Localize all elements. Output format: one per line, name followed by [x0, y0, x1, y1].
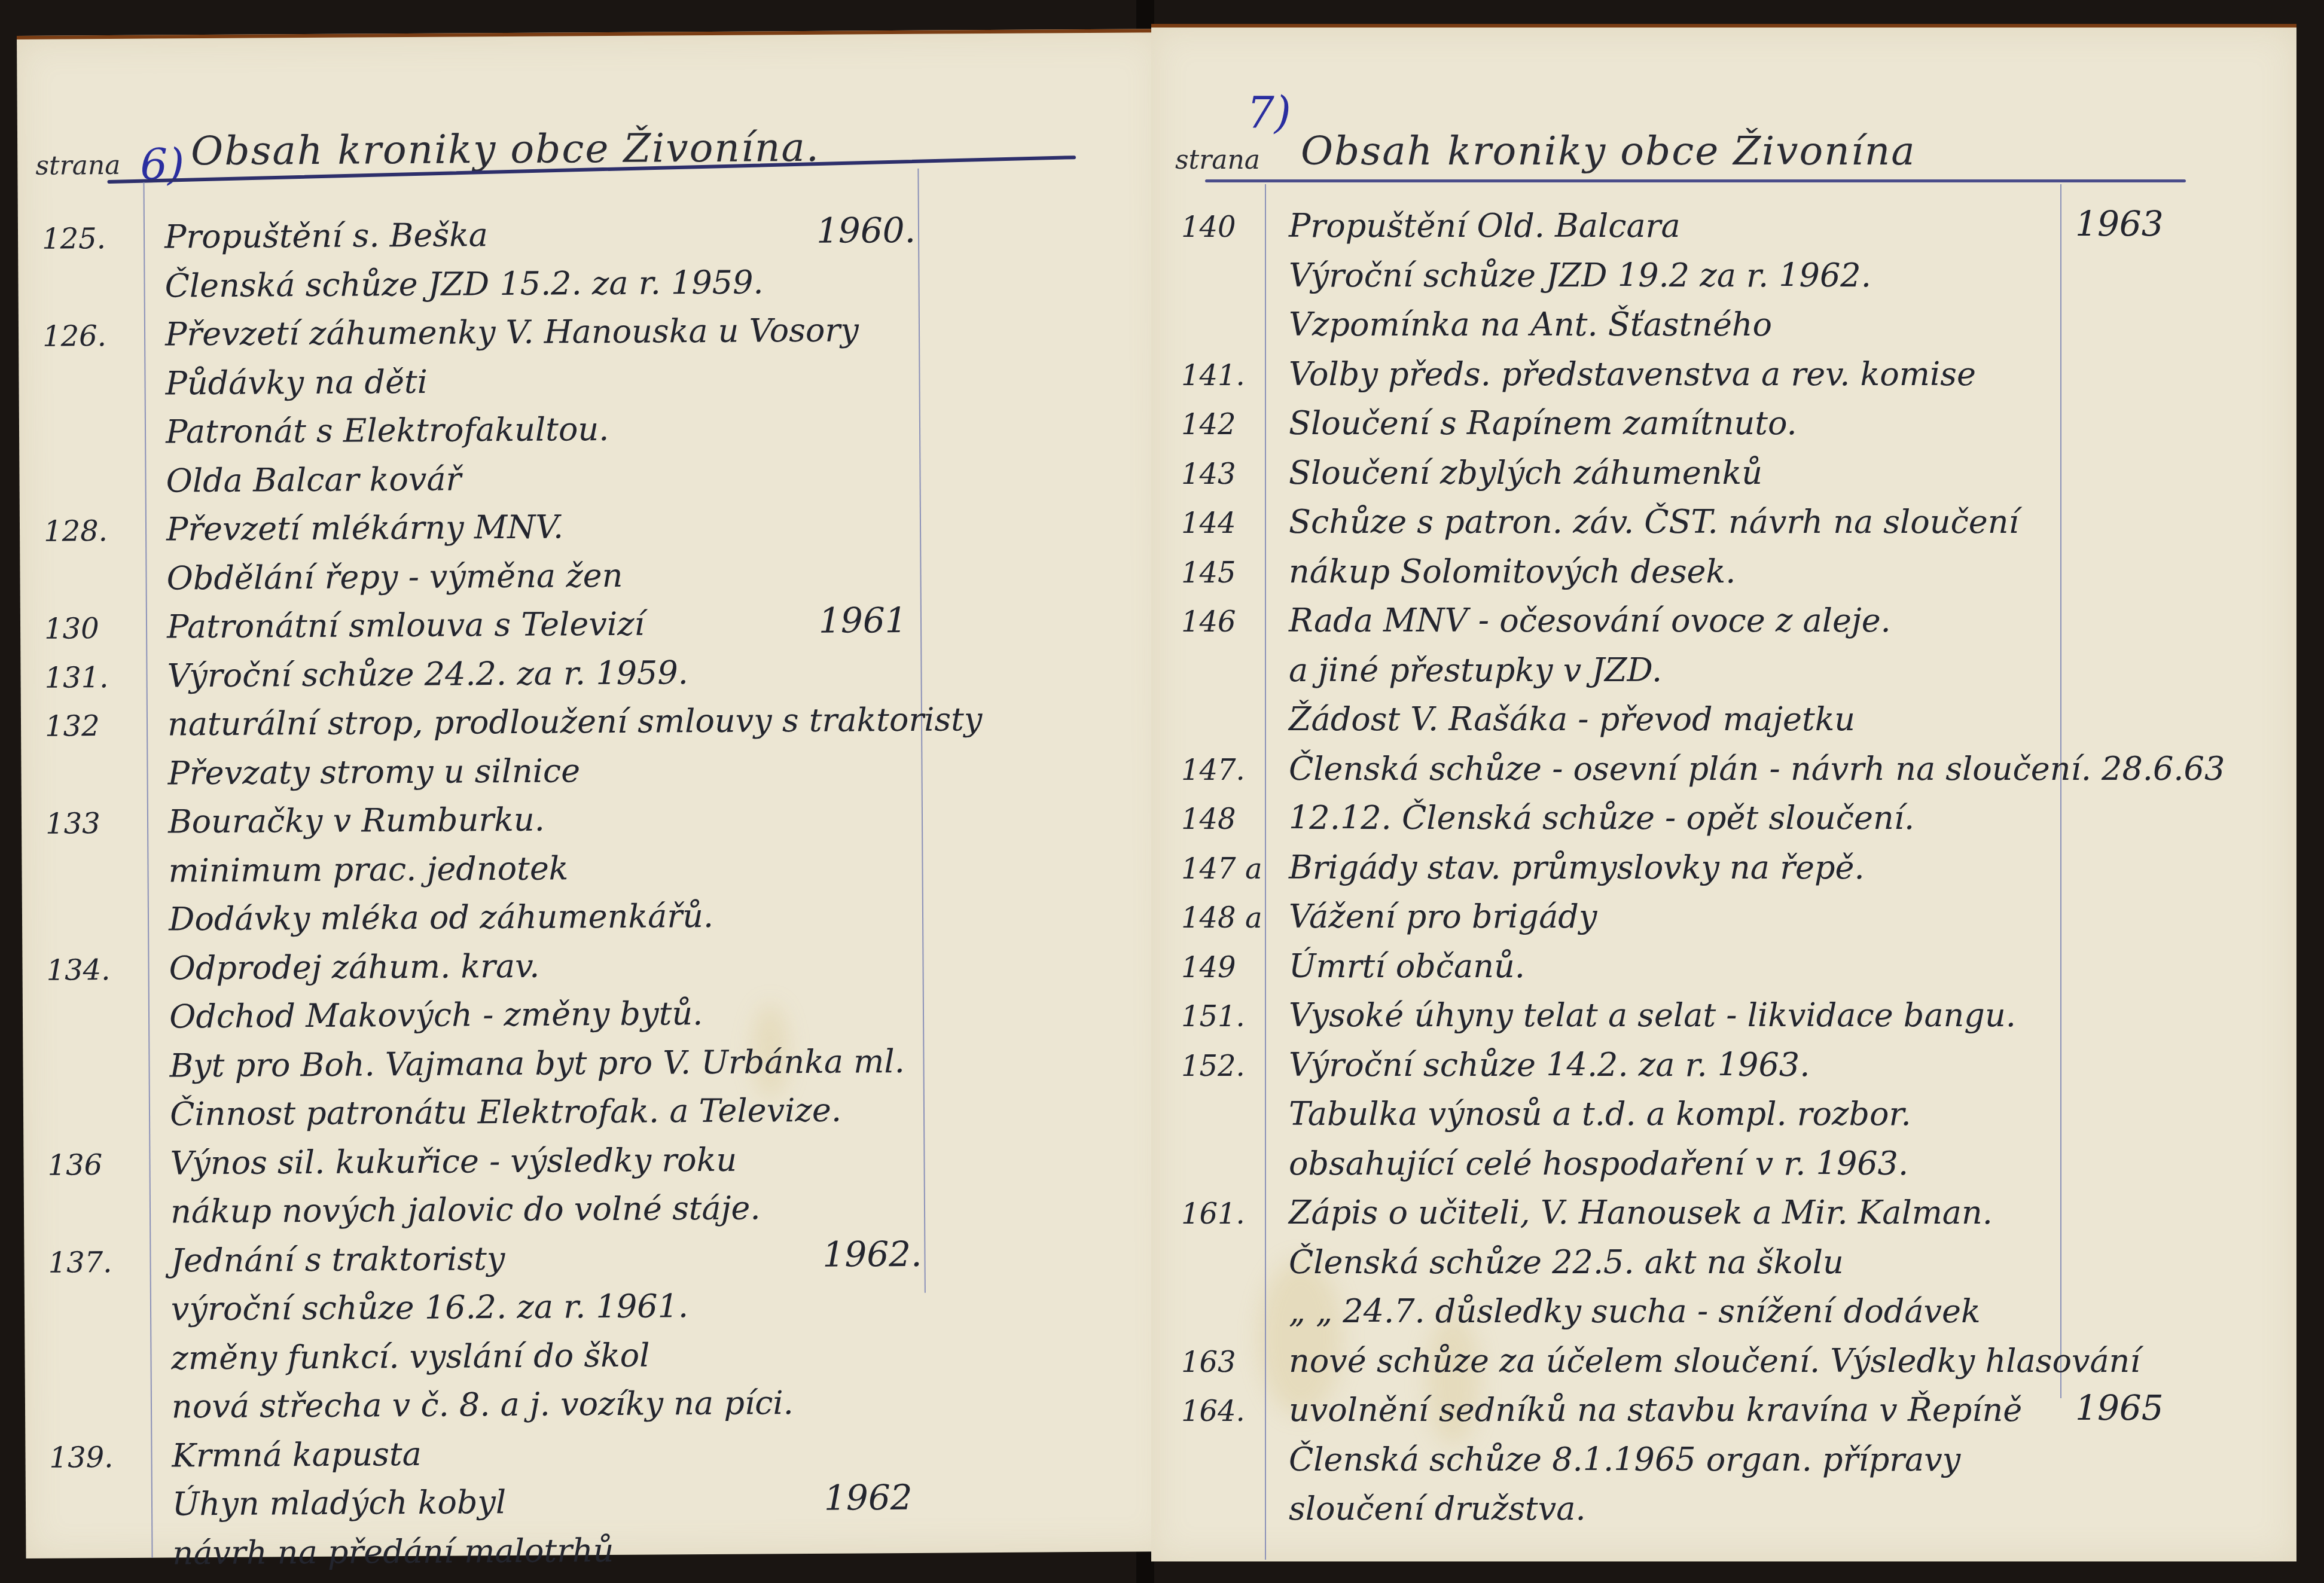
entry-text: uvolnění sedníků na stavbu kravína v Řep… [1289, 1391, 2022, 1429]
page-reference-number: 136 [47, 1148, 102, 1182]
entry-row: Členská schůze 22.5. akt na školu [1151, 1243, 2296, 1291]
entry-row: Činnost patronátu Elektrofak. a Televize… [23, 1089, 1169, 1144]
page-number-mark: 7) [1247, 87, 1291, 138]
entry-year: 1961 [819, 600, 907, 641]
entry-row: 151.Vysoké úhyny telat a selat - likvida… [1151, 996, 2296, 1044]
entry-text: 12.12. Členská schůze - opět sloučení. [1289, 799, 1914, 837]
page-reference-number: 139. [49, 1441, 113, 1475]
entry-text: Členská schůze 22.5. akt na školu [1289, 1243, 1844, 1281]
entry-text: výroční schůze 16.2. za r. 1961. [171, 1287, 688, 1328]
left-page: 6) strana Obsah kroniky obce Živonína. 1… [17, 29, 1172, 1558]
page-reference-number: 141. [1181, 359, 1245, 392]
entry-row: a jiné přestupky v JZD. [1151, 651, 2296, 699]
entry-row: „ „ 24.7. důsledky sucha - snížení dodáv… [1151, 1292, 2296, 1340]
entry-row: 163nové schůze za účelem sloučení. Výsle… [1151, 1342, 2296, 1390]
entry-text: Úmrtí občanů. [1289, 947, 1525, 985]
page-reference-number: 146 [1181, 605, 1236, 639]
entry-text: Výroční schůze 14.2. za r. 1963. [1289, 1046, 1810, 1084]
page-reference-number: 143 [1181, 457, 1236, 491]
entry-row: 137.Jednání s traktoristy1962. [24, 1236, 1169, 1291]
entry-row: Byt pro Boh. Vajmana byt pro V. Urbánka … [23, 1041, 1168, 1096]
page-reference-number: 132 [45, 709, 100, 743]
entry-text: Zápis o učiteli, V. Hanousek a Mir. Kalm… [1289, 1194, 1993, 1231]
entry-row: 141.Volby předs. představenstva a rev. k… [1151, 355, 2296, 403]
entry-year: 1965 [2075, 1387, 2164, 1428]
entry-text: Vzpomínka na Ant. Šťastného [1289, 306, 1772, 343]
page-reference-number: 163 [1181, 1346, 1236, 1379]
entry-row: 133Bouračky v Rumburku. [22, 797, 1167, 852]
entry-row: 145nákup Solomitových desek. [1151, 553, 2296, 600]
page-reference-number: 148 a [1181, 901, 1262, 935]
column-label-strana: strana [35, 150, 120, 181]
page-reference-number: 126. [42, 319, 106, 353]
entry-row: výroční schůze 16.2. za r. 1961. [25, 1284, 1170, 1339]
entry-row: nákup nových jalovic do volné stáje. [24, 1187, 1169, 1242]
entry-text: Úhyn mladých kobyl [172, 1483, 507, 1523]
entry-text: Výroční schůze 24.2. za r. 1959. [167, 654, 688, 694]
page-reference-number: 125. [42, 222, 106, 256]
entry-text: Sloučení s Rapínem zamítnuto. [1289, 404, 1797, 442]
entry-row: Dodávky mléka od záhumenkářů. [22, 894, 1167, 949]
entry-row: 126.Převzetí záhumenky V. Hanouska u Vos… [19, 309, 1164, 364]
page-reference-number: 151. [1181, 1000, 1245, 1033]
entry-row: 130Patronátní smlouva s Televizí1961 [20, 602, 1166, 657]
entry-row: Výroční schůze JZD 19.2 za r. 1962. [1151, 257, 2296, 304]
entry-text: Schůze s patron. záv. ČST. návrh na slou… [1289, 503, 2019, 541]
entry-row: Olda Balcar kovář [19, 456, 1164, 511]
entry-row: Převzaty stromy u silnice [21, 748, 1166, 803]
entry-text: Převzetí záhumenky V. Hanouska u Vosory [165, 311, 859, 353]
entry-row: 161.Zápis o učiteli, V. Hanousek a Mir. … [1151, 1194, 2296, 1242]
entry-row: 139.Krmná kapusta [25, 1431, 1170, 1486]
entry-row: sloučení družstva. [1151, 1490, 2296, 1538]
entry-year: 1962. [822, 1233, 922, 1274]
entry-row: 143Sloučení zbylých záhumenků [1151, 454, 2296, 502]
entry-text: Brigády stav. průmyslovky na řepě. [1289, 849, 1865, 886]
entry-row: 142Sloučení s Rapínem zamítnuto. [1151, 404, 2296, 452]
entry-row: změny funkcí. vyslání do škol [25, 1333, 1170, 1388]
entry-text: Odchod Makových - změny bytů. [169, 995, 703, 1035]
page-reference-number: 133 [45, 807, 100, 841]
entry-text: Převzaty stromy u silnice [167, 752, 580, 792]
column-label-strana: strana [1175, 145, 1260, 175]
page-reference-number: 161. [1181, 1197, 1245, 1231]
entry-text: Vysoké úhyny telat a selat - likvidace b… [1289, 996, 2016, 1034]
entry-text: Rada MNV - očesování ovoce z aleje. [1289, 602, 1891, 639]
entry-text: „ „ 24.7. důsledky sucha - snížení dodáv… [1289, 1292, 1981, 1330]
entry-row: 144Schůze s patron. záv. ČST. návrh na s… [1151, 503, 2296, 551]
entry-text: Byt pro Boh. Vajmana byt pro V. Urbánka … [169, 1042, 905, 1084]
entry-row: 140Propuštění Old. Balcara1963 [1151, 207, 2296, 255]
entry-text: nákup nových jalovic do volné stáje. [170, 1189, 761, 1230]
entry-text: Členská schůze JZD 15.2. za r. 1959. [164, 263, 763, 304]
entry-text: Odprodej záhum. krav. [169, 947, 539, 987]
page-reference-number: 147. [1181, 754, 1245, 787]
page-title: Obsah kroniky obce Živonína [1301, 128, 1916, 174]
entry-row: 136Výnos sil. kukuřice - výsledky roku [23, 1138, 1169, 1193]
right-page: 7) strana Obsah kroniky obce Živonína 14… [1151, 24, 2296, 1561]
entry-row: Úhyn mladých kobyl1962 [26, 1479, 1171, 1534]
entry-row: 128.Převzetí mlékárny MNV. [20, 504, 1165, 559]
entry-row: Žádost V. Rašáka - převod majetku [1151, 700, 2296, 748]
entry-row: minimum prac. jednotek [22, 846, 1167, 901]
entry-row: 132naturální strop, prodloužení smlouvy … [21, 699, 1166, 754]
entry-text: změny funkcí. vyslání do škol [171, 1336, 649, 1377]
entry-text: Žádost V. Rašáka - převod majetku [1289, 700, 1855, 738]
entry-row: 134.Odprodej záhum. krav. [22, 943, 1167, 998]
entry-text: Jednání s traktoristy [170, 1240, 505, 1279]
entry-text: Obdělání řepy - výměna žen [166, 556, 623, 597]
page-reference-number: 130 [44, 612, 99, 646]
entry-text: návrh na předání malotrhů [172, 1531, 614, 1572]
entry-row: nová střecha v č. 8. a j. vozíky na píci… [25, 1381, 1170, 1436]
entry-text: Dodávky mléka od záhumenkářů. [169, 897, 713, 938]
entry-year: 1962 [824, 1477, 913, 1518]
page-reference-number: 149 [1181, 951, 1236, 984]
entry-row: 164.uvolnění sedníků na stavbu kravína v… [1151, 1391, 2296, 1439]
entry-text: Propuštění Old. Balcara [1289, 207, 1681, 245]
entry-row: Odchod Makových - změny bytů. [23, 992, 1168, 1047]
entry-text: nové schůze za účelem sloučení. Výsledky… [1289, 1342, 2140, 1380]
entry-text: Sloučení zbylých záhumenků [1289, 454, 1762, 492]
entry-text: minimum prac. jednotek [168, 849, 568, 889]
page-reference-number: 131. [44, 661, 108, 695]
page-reference-number: 144 [1181, 507, 1236, 540]
entry-row: 149Úmrtí občanů. [1151, 947, 2296, 995]
header-rule [1205, 179, 2186, 182]
page-reference-number: 145 [1181, 556, 1236, 590]
page-reference-number: 164. [1181, 1395, 1245, 1428]
entry-row: 125.Propuštění s. Beška1960. [18, 212, 1163, 267]
entry-text: Převzetí mlékárny MNV. [166, 508, 563, 548]
page-reference-number: 128. [44, 514, 108, 548]
entry-row: 148 aVážení pro brigády [1151, 898, 2296, 945]
entry-row: Členská schůze 8.1.1965 organ. přípravy [1151, 1441, 2296, 1489]
page-reference-number: 137. [48, 1246, 112, 1280]
entry-text: Členská schůze 8.1.1965 organ. přípravy [1289, 1441, 1960, 1478]
entry-list: 125.Propuštění s. Beška1960.Členská schů… [17, 32, 1162, 39]
entry-text: obsahující celé hospodaření v r. 1963. [1289, 1145, 1908, 1182]
entry-text: sloučení družstva. [1289, 1490, 1586, 1527]
entry-row: 131.Výroční schůze 24.2. za r. 1959. [20, 651, 1166, 706]
entry-row: 147 aBrigády stav. průmyslovky na řepě. [1151, 849, 2296, 896]
page-reference-number: 140 [1181, 211, 1236, 244]
entry-text: Vážení pro brigády [1289, 898, 1597, 935]
page-reference-number: 134. [46, 953, 110, 987]
page-reference-number: 148 [1181, 803, 1236, 836]
entry-year: 1960. [816, 210, 916, 251]
page-reference-number: 152. [1181, 1050, 1245, 1083]
entry-row: Tabulka výnosů a t.d. a kompl. rozbor. [1151, 1095, 2296, 1143]
entry-year: 1963 [2075, 203, 2164, 244]
entry-text: Olda Balcar kovář [166, 460, 461, 499]
entry-row: 14812.12. Členská schůze - opět sloučení… [1151, 799, 2296, 847]
entry-text: Propuštění s. Beška [164, 216, 488, 255]
entry-text: Členská schůze - osevní plán - návrh na … [1289, 750, 2225, 788]
entry-text: Výroční schůze JZD 19.2 za r. 1962. [1289, 257, 1871, 294]
entry-row: 152.Výroční schůze 14.2. za r. 1963. [1151, 1046, 2296, 1094]
entry-row: Půdávky na děti [19, 358, 1164, 413]
entry-text: nákup Solomitových desek. [1289, 553, 1736, 590]
entry-row: 146Rada MNV - očesování ovoce z aleje. [1151, 602, 2296, 649]
entry-text: Činnost patronátu Elektrofak. a Televize… [170, 1091, 841, 1133]
entry-text: Tabulka výnosů a t.d. a kompl. rozbor. [1289, 1095, 1911, 1133]
entry-text: Bouračky v Rumburku. [168, 801, 545, 841]
page-reference-number: 147 a [1181, 852, 1262, 886]
entry-row: Vzpomínka na Ant. Šťastného [1151, 306, 2296, 353]
entry-text: Krmná kapusta [172, 1435, 422, 1474]
entry-row: Členská schůze JZD 15.2. za r. 1959. [18, 261, 1163, 316]
entry-row: 147.Členská schůze - osevní plán - návrh… [1151, 750, 2296, 798]
entry-text: Půdávky na děti [165, 362, 428, 402]
entry-row: návrh na předání malotrhů [26, 1528, 1171, 1583]
entry-text: naturální strop, prodloužení smlouvy s t… [167, 700, 983, 743]
entry-text: Patronát s Elektrofakultou. [166, 410, 609, 451]
entry-text: Volby předs. představenstva a rev. komis… [1289, 355, 1976, 393]
entry-text: Výnos sil. kukuřice - výsledky roku [170, 1140, 737, 1182]
entry-text: nová střecha v č. 8. a j. vozíky na píci… [172, 1384, 794, 1425]
entry-text: Patronátní smlouva s Televizí [167, 605, 645, 646]
entry-row: Obdělání řepy - výměna žen [20, 553, 1165, 608]
page-reference-number: 142 [1181, 408, 1236, 441]
entry-text: a jiné přestupky v JZD. [1289, 651, 1662, 689]
entry-row: obsahující celé hospodaření v r. 1963. [1151, 1145, 2296, 1192]
entry-row: Patronát s Elektrofakultou. [19, 407, 1164, 462]
